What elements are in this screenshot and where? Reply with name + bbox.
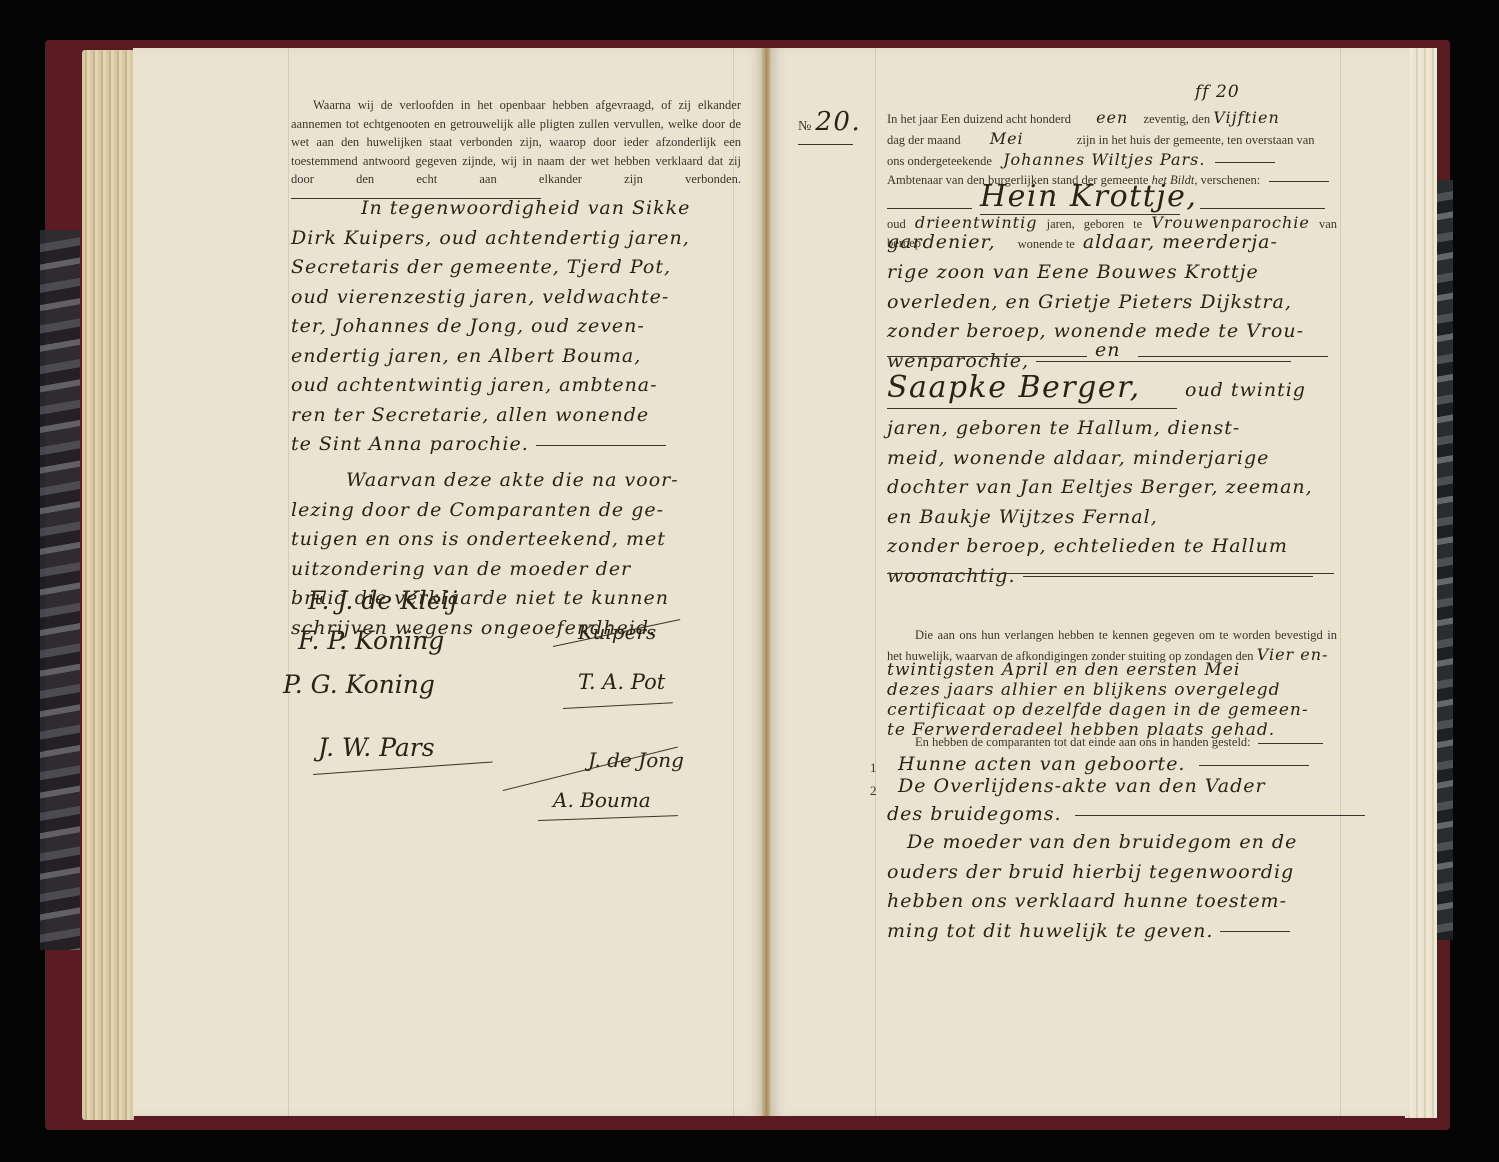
- hand-line: zonder beroep, echtelieden te Hallum: [887, 532, 1347, 562]
- hand-line: oud vierenzestig jaren, veldwachte-: [291, 283, 751, 313]
- signature-flourish: [313, 761, 493, 775]
- hand-line: tuigen en ons is onderteekend, met: [291, 525, 751, 555]
- hand-line: endertig jaren, en Albert Bouma,: [291, 342, 751, 372]
- hand-line: meid, wonende aldaar, minderjarige: [887, 444, 1347, 474]
- conjunction: en: [1095, 336, 1120, 366]
- rule: [1200, 208, 1325, 209]
- hand-line: woonachtig.: [887, 565, 1016, 587]
- hand-line: De moeder van den bruidegom en de: [887, 828, 1347, 858]
- hand-line: Waarvan deze akte die na voor-: [291, 466, 751, 496]
- hand-line: ter, Johannes de Jong, oud zeven-: [291, 312, 751, 342]
- hand-line: wenparochie,: [887, 350, 1029, 372]
- marbled-endpaper-right: [1435, 180, 1453, 940]
- marbled-endpaper-left: [40, 230, 80, 950]
- signature: T. A. Pot: [578, 670, 665, 694]
- signature: J. de Jong: [588, 748, 684, 772]
- hand-line: hebben ons verklaard hunne toestem-: [887, 887, 1347, 917]
- rule: [887, 356, 1087, 357]
- signature-flourish: [563, 702, 673, 709]
- hand-line: rige zoon van Eene Bouwes Krottje: [887, 258, 1347, 288]
- witness-paragraph: In tegenwoordigheid van Sikke Dirk Kuipe…: [291, 194, 751, 460]
- hand-line: dezes jaars alhier en blijkens overgeleg…: [887, 680, 1347, 700]
- document-item: des bruidegoms.: [887, 800, 1365, 830]
- hand-line: ren ter Secretarie, allen wonende: [291, 401, 751, 431]
- signature: F. J. de Kleij: [308, 586, 457, 615]
- signature: A. Bouma: [553, 788, 651, 812]
- hand-line: ouders der bruid hierbij tegenwoordig: [887, 858, 1347, 888]
- bride-name: Saapke Berger,: [887, 373, 1141, 403]
- page-stack-left: [82, 50, 134, 1120]
- act-number: № 20.: [798, 108, 861, 138]
- hand-line: overleden, en Grietje Pieters Dijkstra,: [887, 288, 1347, 318]
- hand-line: en Baukje Wijtzes Fernal,: [887, 503, 1347, 533]
- signature: P. G. Koning: [283, 670, 435, 699]
- margin-rule: [875, 48, 876, 1116]
- groom-details-line2: gardenier, wonende te aldaar, meerderja-: [887, 228, 1347, 258]
- margin-rule: [288, 48, 289, 1116]
- hand-line: Dirk Kuipers, oud achtendertig jaren,: [291, 224, 751, 254]
- hand-line: Secretaris der gemeente, Tjerd Pot,: [291, 253, 751, 283]
- rule: [887, 208, 972, 209]
- groom-name: Hein Krottje,: [980, 182, 1197, 212]
- printed-vow-paragraph: Waarna wij de verloofden in het openbaar…: [291, 96, 741, 207]
- bride-details: jaren, geboren te Hallum, dienst- meid, …: [887, 414, 1347, 591]
- left-page: Waarna wij de verloofden in het openbaar…: [133, 48, 763, 1116]
- hand-line: uitzondering van de moeder der: [291, 555, 751, 585]
- rule: [1138, 356, 1328, 357]
- closing-paragraph: Waarvan deze akte die na voor- lezing do…: [291, 466, 751, 643]
- bride-name-underline: [887, 408, 1177, 409]
- hand-line: oud twintig: [1185, 376, 1306, 406]
- hand-line: In tegenwoordigheid van Sikke: [291, 194, 751, 224]
- hand-line: lezing door de Comparanten de ge-: [291, 496, 751, 526]
- consent-paragraph: De moeder van den bruidegom en de ouders…: [887, 828, 1347, 946]
- documents-intro: En hebben de comparanten tot dat einde a…: [915, 733, 1335, 752]
- document-item: De Overlijdens-akte van den Vader: [898, 772, 1266, 802]
- right-page: ff 20 № 20. In het jaar Een duizend acht…: [770, 48, 1410, 1116]
- hand-line: dochter van Jan Eeltjes Berger, zeeman,: [887, 473, 1347, 503]
- hand-line: oud achtentwintig jaren, ambtena-: [291, 371, 751, 401]
- hand-line: ming tot dit huwelijk te geven.: [887, 920, 1213, 942]
- signature: J. W. Pars: [318, 733, 435, 762]
- hand-line: jaren, geboren te Hallum, dienst-: [887, 414, 1347, 444]
- folio-number: ff 20: [1195, 78, 1240, 108]
- hand-line: twintigsten April en den eersten Mei: [887, 660, 1347, 680]
- act-header: In het jaar Een duizend acht honderd een…: [887, 108, 1337, 190]
- list-number: 2: [870, 783, 877, 799]
- rule: [887, 573, 1334, 574]
- hand-line: te Sint Anna parochie.: [291, 433, 529, 455]
- hand-line: certificaat op dezelfde dagen in de geme…: [887, 700, 1347, 720]
- list-number: 1: [870, 760, 877, 776]
- signature: F. P. Koning: [298, 626, 444, 655]
- signature-flourish: [538, 815, 678, 821]
- banns-dates: twintigsten April en den eersten Mei dez…: [887, 660, 1347, 740]
